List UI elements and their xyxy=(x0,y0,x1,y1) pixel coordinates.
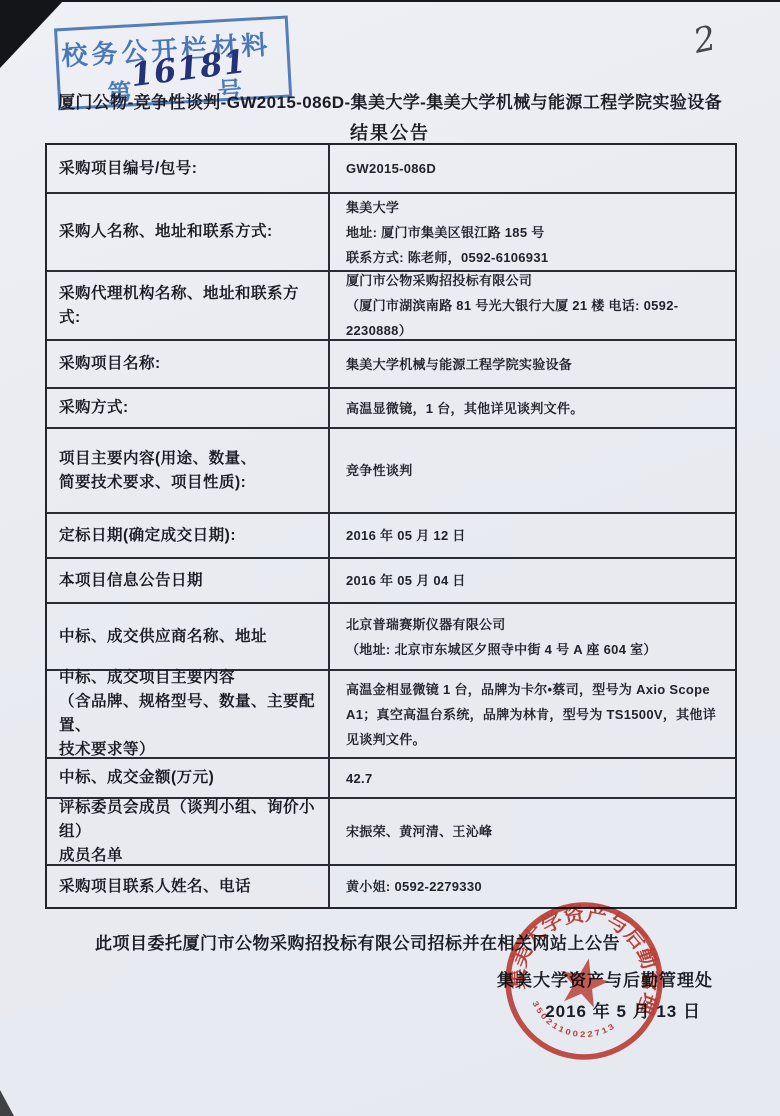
row-label: 采购项目名称: xyxy=(47,341,330,387)
row-value: 2016 年 05 月 04 日 xyxy=(330,559,735,602)
table-row: 评标委员会成员（谈判小组、询价小组）成员名单宋振荣、黄河清、王沁峰 xyxy=(47,797,735,864)
table-row: 定标日期(确定成交日期):2016 年 05 月 12 日 xyxy=(47,512,735,557)
document-title: 厦门公物-竞争性谈判-GW2015-086D-集美大学-集美大学机械与能源工程学… xyxy=(0,88,780,113)
table-row: 采购项目联系人姓名、电话黄小姐: 0592-2279330 xyxy=(47,864,735,907)
table-row: 采购项目名称:集美大学机械与能源工程学院实验设备 xyxy=(47,339,735,387)
table-row: 中标、成交金额(万元)42.7 xyxy=(47,757,735,797)
table-row: 项目主要内容(用途、数量、简要技术要求、项目性质):竞争性谈判 xyxy=(47,427,735,512)
table-row: 本项目信息公告日期2016 年 05 月 04 日 xyxy=(47,557,735,602)
row-value: 42.7 xyxy=(330,759,735,797)
row-value: 集美大学地址: 厦门市集美区银江路 185 号联系方式: 陈老师，0592-61… xyxy=(330,194,735,270)
seal-star-icon xyxy=(555,953,613,1009)
row-label: 项目主要内容(用途、数量、简要技术要求、项目性质): xyxy=(47,429,330,512)
table-row: 采购方式:高温显微镜，1 台，其他详见谈判文件。 xyxy=(47,387,735,427)
row-label: 中标、成交供应商名称、地址 xyxy=(47,604,330,669)
row-value: 集美大学机械与能源工程学院实验设备 xyxy=(330,341,735,387)
row-value: GW2015-086D xyxy=(330,145,735,192)
row-value: 高温金相显微镜 1 台，品牌为卡尔•蔡司，型号为 Axio Scope A1；真… xyxy=(330,671,735,757)
row-value: 高温显微镜，1 台，其他详见谈判文件。 xyxy=(330,389,735,427)
row-value: 北京普瑞赛斯仪器有限公司（地址: 北京市东城区夕照寺中街 4 号 A 座 604… xyxy=(330,604,735,669)
row-value: 宋振荣、黄河清、王沁峰 xyxy=(330,799,735,864)
row-label: 定标日期(确定成交日期): xyxy=(47,514,330,557)
table-row: 中标、成交项目主要内容（含品牌、规格型号、数量、主要配置、技术要求等）高温金相显… xyxy=(47,669,735,757)
row-label: 采购项目联系人姓名、电话 xyxy=(47,866,330,907)
row-value: 厦门市公物采购招投标有限公司（厦门市湖滨南路 81 号光大银行大厦 21 楼 电… xyxy=(330,272,735,339)
table-row: 采购代理机构名称、地址和联系方式:厦门市公物采购招投标有限公司（厦门市湖滨南路 … xyxy=(47,270,735,339)
row-label: 中标、成交项目主要内容（含品牌、规格型号、数量、主要配置、技术要求等） xyxy=(47,671,330,757)
document-subtitle: 结果公告 xyxy=(0,119,780,145)
row-label: 采购人名称、地址和联系方式: xyxy=(47,194,330,270)
red-official-seal: 集美大学资产与后勤管理处 3502110022713 xyxy=(483,880,685,1082)
row-label: 本项目信息公告日期 xyxy=(47,559,330,602)
row-value: 2016 年 05 月 12 日 xyxy=(330,514,735,557)
row-label: 中标、成交金额(万元) xyxy=(47,759,330,797)
row-label: 采购方式: xyxy=(47,389,330,427)
row-label: 采购项目编号/包号: xyxy=(47,145,330,192)
table-row: 采购项目编号/包号:GW2015-086D xyxy=(47,145,735,192)
row-label: 评标委员会成员（谈判小组、询价小组）成员名单 xyxy=(47,799,330,864)
row-value: 竞争性谈判 xyxy=(330,429,735,512)
row-label: 采购代理机构名称、地址和联系方式: xyxy=(47,272,330,339)
result-table: 采购项目编号/包号:GW2015-086D采购人名称、地址和联系方式:集美大学地… xyxy=(45,143,737,909)
table-row: 采购人名称、地址和联系方式:集美大学地址: 厦门市集美区银江路 185 号联系方… xyxy=(47,192,735,270)
table-row: 中标、成交供应商名称、地址北京普瑞赛斯仪器有限公司（地址: 北京市东城区夕照寺中… xyxy=(47,602,735,669)
